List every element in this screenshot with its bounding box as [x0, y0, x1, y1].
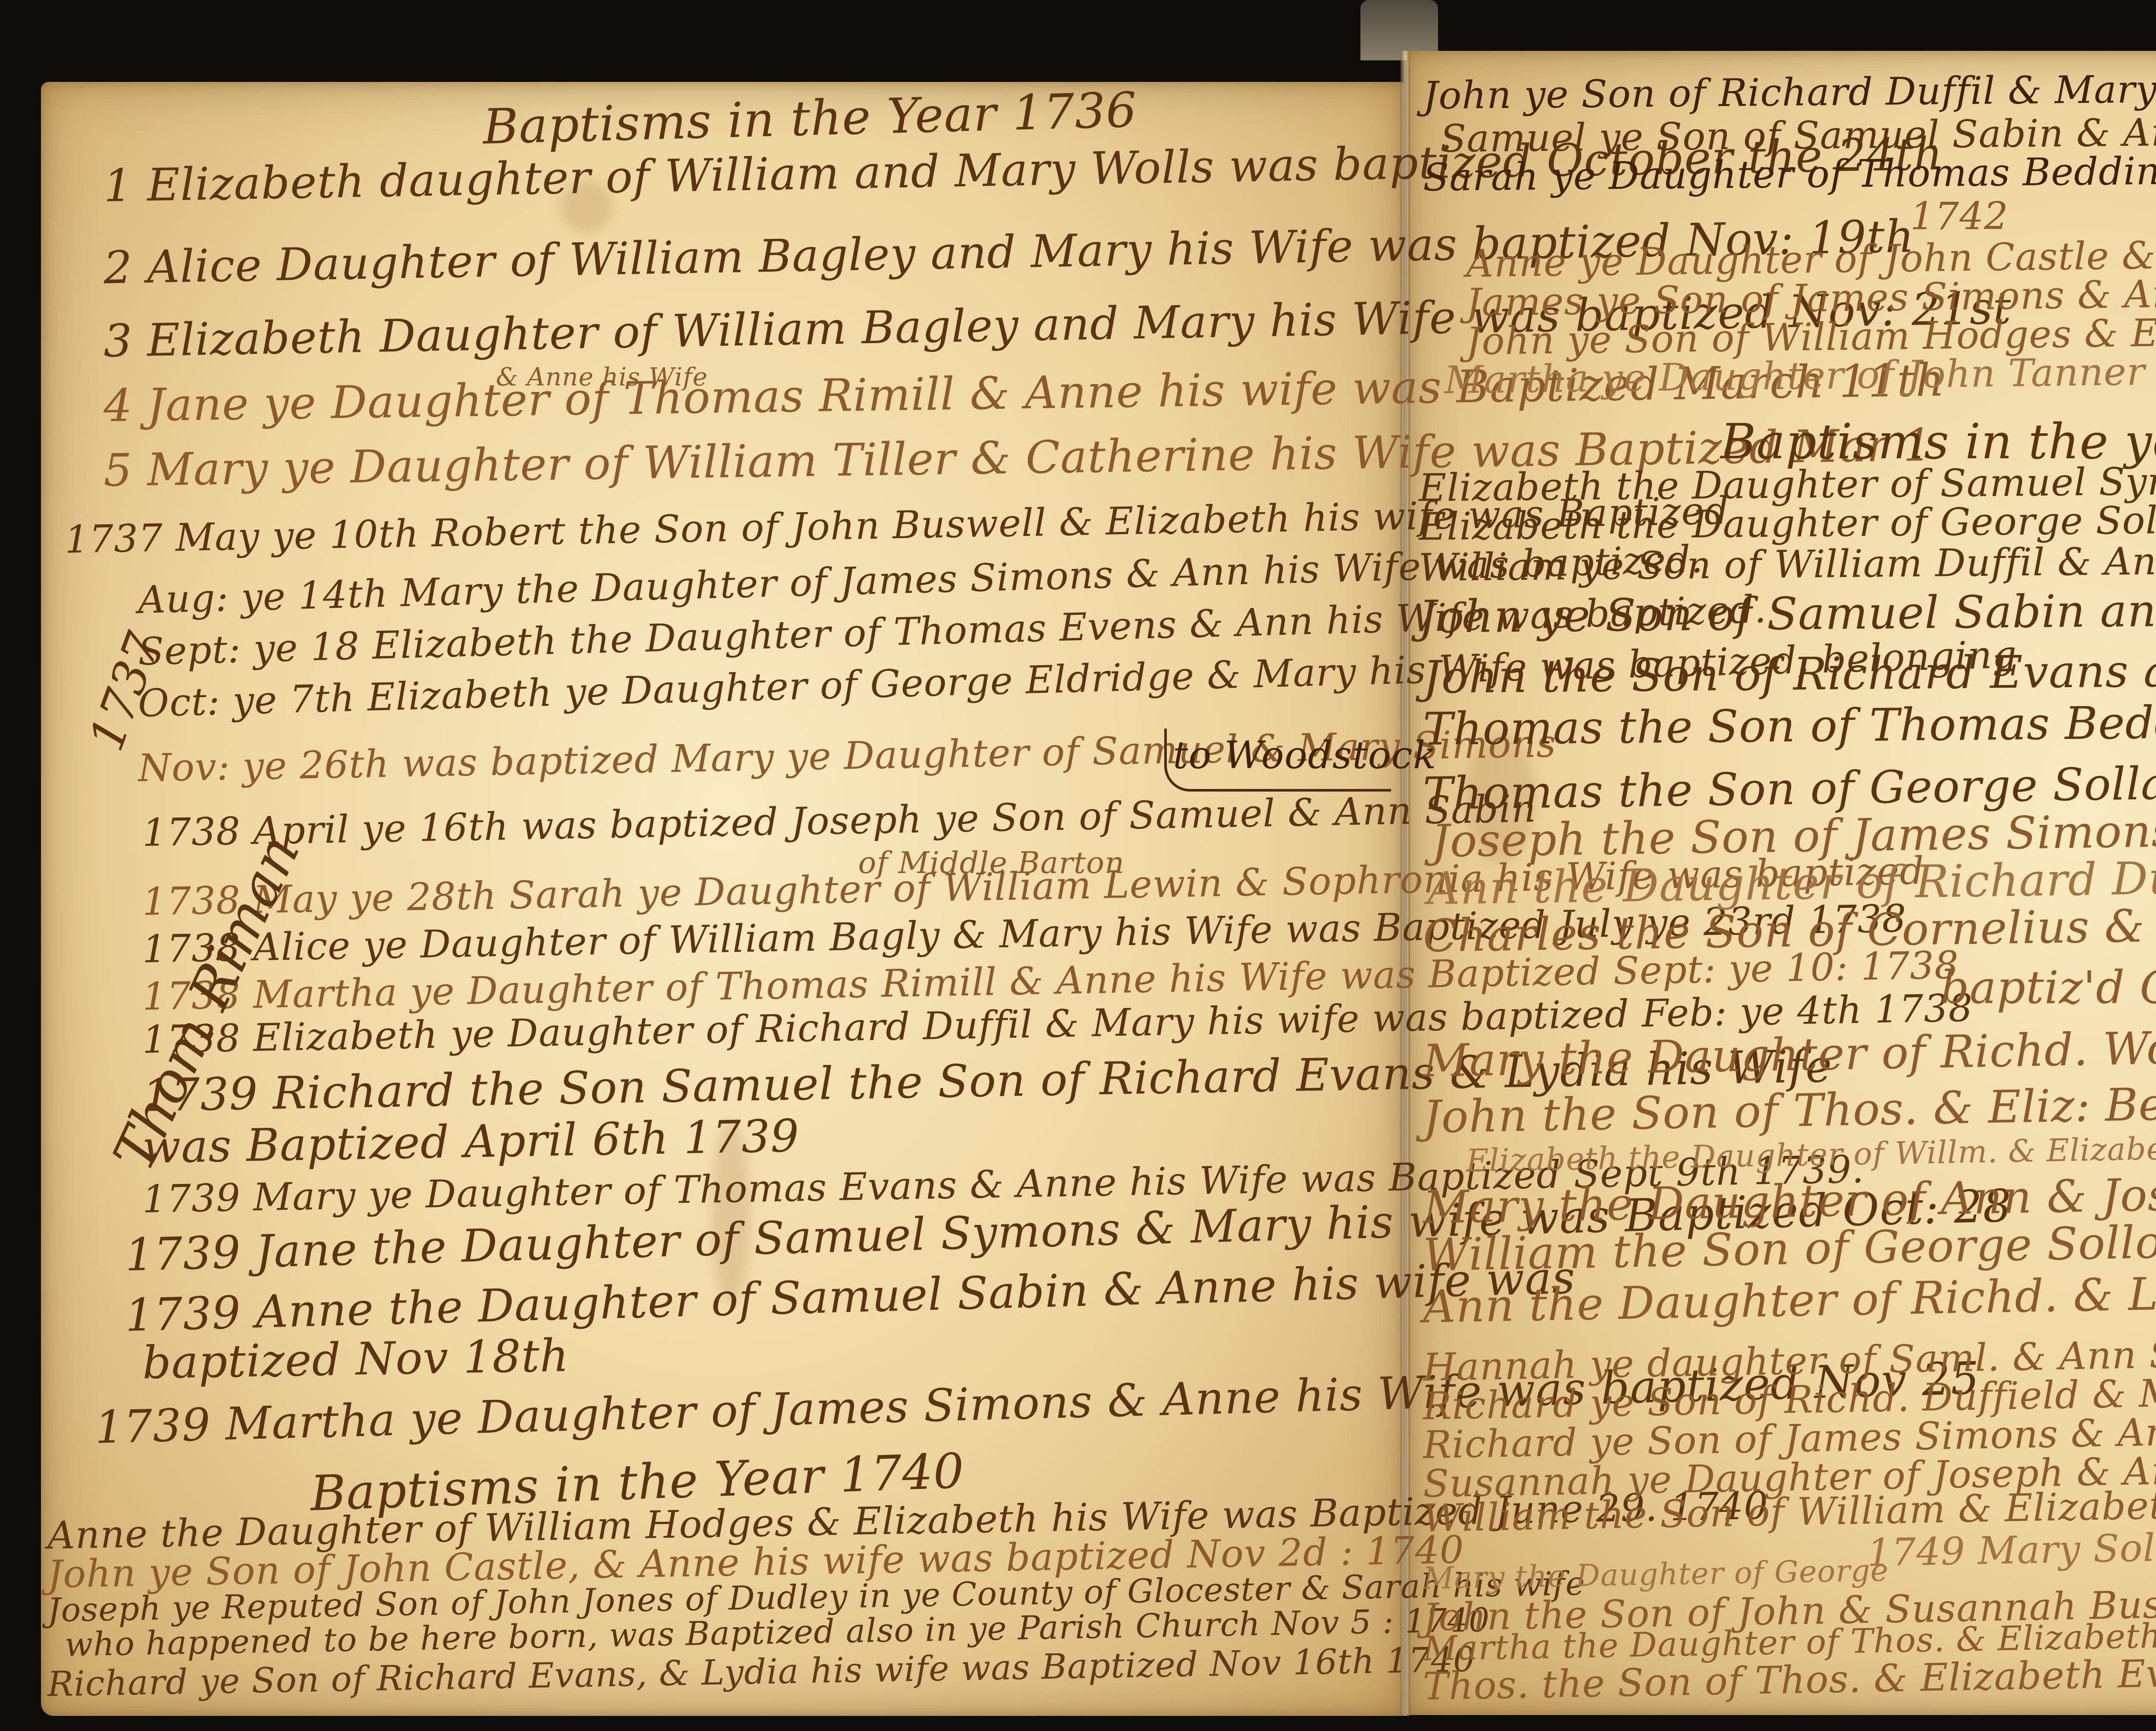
annotation-above-line: & Anne his Wife: [496, 362, 708, 391]
bracket: [1164, 729, 1391, 792]
annotation-middle-barton: of Middle Barton: [858, 845, 1125, 880]
entry: baptized Nov 18th: [142, 1329, 570, 1389]
year-mark-1742: 1742: [1910, 194, 2009, 238]
entry: baptiz'd Octbr. 2: [1940, 961, 2156, 1014]
